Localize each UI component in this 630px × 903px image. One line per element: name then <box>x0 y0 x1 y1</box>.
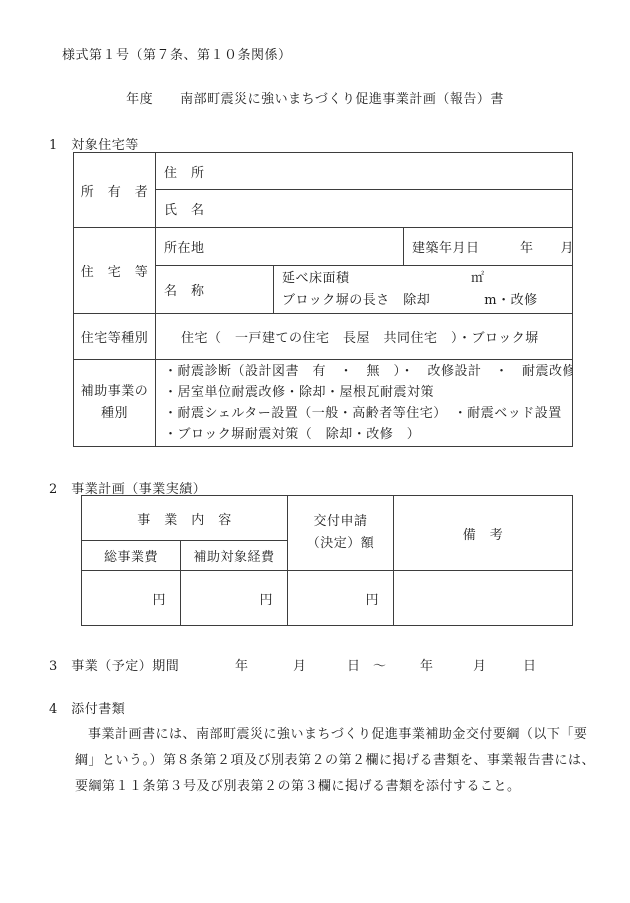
attachment-paragraph: 事業計画書には、南部町震災に強いまちづくり促進事業補助金交付要綱（以下「要 綱」… <box>0 722 630 800</box>
section-3-period-row: 3 事業（予定）期間 年 月 日 ～ 年 月 日 <box>0 655 630 673</box>
period-year-start: 年 <box>235 655 249 674</box>
subsidy-item: ・耐震診断（設計図書 有 ・ 無 ）・ 改修設計 ・ 耐震改修 ・ 建替 <box>164 361 564 382</box>
subsidy-label-line1: 補助事業の <box>76 381 153 403</box>
subsidy-label-line2: 種別 <box>76 403 153 425</box>
remarks-value-cell <box>394 571 573 626</box>
section-3-heading: 3 事業（予定）期間 <box>49 655 179 674</box>
paragraph-line: 綱」という。）第８条第２項及び別表第２の第２欄に掲げる書類を、事業報告書には、 <box>0 748 630 774</box>
total-cost-header-cell: 総事業費 <box>82 541 181 571</box>
table-row: 住 宅 等 所在地 建築年月日 年 月 日 <box>74 228 573 266</box>
block-wall-line: ブロック塀の長さ 除却 m・改修 m <box>282 290 564 312</box>
area-wall-cell: 延べ床面積 ㎡ ブロック塀の長さ 除却 m・改修 m <box>274 266 573 314</box>
remarks-header-cell: 備 考 <box>394 496 573 571</box>
total-cost-value-cell: 円 <box>82 571 181 626</box>
subsidy-item: ・ブロック塀耐震対策（ 除却・改修 ） <box>164 424 564 445</box>
table-row: 住宅等種別 住宅（ 一戸建ての住宅 長屋 共同住宅 ）・ブロック塀 <box>74 314 573 360</box>
owner-name-cell: 氏 名 <box>156 190 573 228</box>
subsidy-item: ・居室単位耐震改修・除却・屋根瓦耐震対策 <box>164 382 564 403</box>
house-name-cell: 名 称 <box>156 266 274 314</box>
grant-header-line2: （決定）額 <box>296 533 385 555</box>
table-row: 所 有 者 住 所 <box>74 153 573 190</box>
grant-amount-value-cell: 円 <box>288 571 394 626</box>
type-label-cell: 住宅等種別 <box>74 314 156 360</box>
table-row: 円 円 円 <box>82 571 573 626</box>
floor-area-line: 延べ床面積 ㎡ <box>282 268 564 290</box>
subsidy-items-cell: ・耐震診断（設計図書 有 ・ 無 ）・ 改修設計 ・ 耐震改修 ・ 建替 ・居室… <box>156 360 573 447</box>
section-4-heading: 4 添付書類 <box>49 698 125 717</box>
location-cell: 所在地 <box>156 228 404 266</box>
paragraph-line: 要綱第１１条第３号及び別表第２の第３欄に掲げる書類を添付すること。 <box>0 774 630 800</box>
period-tilde: ～ <box>373 655 387 674</box>
type-value-cell: 住宅（ 一戸建ての住宅 長屋 共同住宅 ）・ブロック塀 <box>156 314 573 360</box>
paragraph-line: 事業計画書には、南部町震災に強いまちづくり促進事業補助金交付要綱（以下「要 <box>0 722 630 748</box>
house-label-cell: 住 宅 等 <box>74 228 156 314</box>
owner-address-cell: 住 所 <box>156 153 573 190</box>
period-year-end: 年 <box>420 655 434 674</box>
period-month-end: 月 <box>473 655 487 674</box>
section-1-heading: 1 対象住宅等 <box>49 134 139 153</box>
subsidy-cost-value-cell: 円 <box>181 571 288 626</box>
subsidy-item: ・耐震シェルター設置（一般・高齢者等住宅） ・耐震ベッド設置 <box>164 403 564 424</box>
content-header-cell: 事 業 内 容 <box>82 496 288 541</box>
grant-header-line1: 交付申請 <box>296 511 385 533</box>
form-number: 様式第１号（第７条、第１０条関係） <box>62 44 292 63</box>
document-page: 様式第１号（第７条、第１０条関係） 年度 南部町震災に強いまちづくり促進事業計画… <box>0 0 630 903</box>
grant-amount-header-cell: 交付申請 （決定）額 <box>288 496 394 571</box>
subsidy-label-cell: 補助事業の 種別 <box>74 360 156 447</box>
project-plan-table: 事 業 内 容 交付申請 （決定）額 備 考 総事業費 補助対象経費 円 円 円 <box>81 495 573 626</box>
document-title: 年度 南部町震災に強いまちづくり促進事業計画（報告）書 <box>0 88 630 107</box>
table-row: 補助事業の 種別 ・耐震診断（設計図書 有 ・ 無 ）・ 改修設計 ・ 耐震改修… <box>74 360 573 447</box>
period-day-end: 日 <box>523 655 537 674</box>
target-housing-table: 所 有 者 住 所 氏 名 住 宅 等 所在地 建築年月日 年 月 日 名 称 … <box>73 152 573 447</box>
build-date-cell: 建築年月日 年 月 日 <box>404 228 573 266</box>
table-row: 事 業 内 容 交付申請 （決定）額 備 考 <box>82 496 573 541</box>
owner-label-cell: 所 有 者 <box>74 153 156 228</box>
period-day-start: 日 <box>347 655 361 674</box>
period-month-start: 月 <box>293 655 307 674</box>
subsidy-cost-header-cell: 補助対象経費 <box>181 541 288 571</box>
